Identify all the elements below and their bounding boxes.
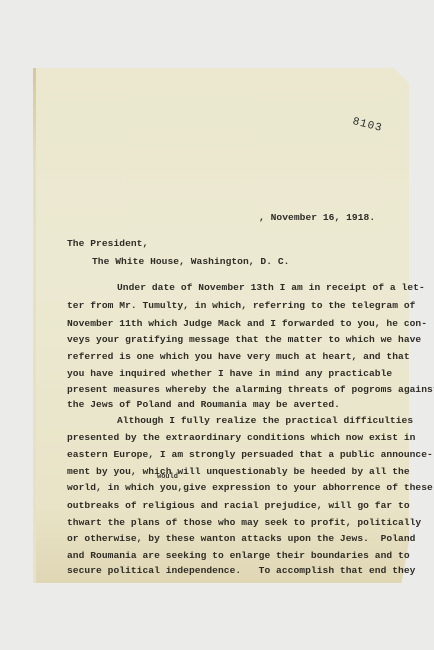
salutation: The President, [67,238,148,249]
body-line: referred is one which you have very much… [67,351,410,362]
body-line: present measures whereby the alarming th… [67,384,434,395]
body-line: outbreaks of religious and racial prejud… [67,500,410,511]
handwritten-insert: would [157,473,178,481]
body-line: you have inquired whether I have in mind… [67,368,392,379]
body-line: November 11th which Judge Mack and I for… [67,318,427,329]
body-line: ter from Mr. Tumulty, in which, referrin… [67,300,415,311]
body-line: presented by the extraordinary condition… [67,432,415,443]
body-line: eastern Europe, I am strongly persuaded … [67,449,433,460]
body-line: or otherwise, by these wanton attacks up… [67,533,415,544]
body-line: veys your gratifying message that the ma… [67,334,421,345]
body-line: world, in which you,give expression to y… [67,482,433,493]
body-line: thwart the plans of those who may seek t… [67,517,421,528]
body-line: and Roumania are seeking to enlarge thei… [67,550,410,561]
body-line: the Jews of Poland and Roumania may be a… [67,399,340,410]
date-line: , November 16, 1918. [259,212,375,223]
body-line: Under date of November 13th I am in rece… [117,282,425,293]
body-line: ment by you, which will unquestionably b… [67,466,410,477]
recipient-address: The White House, Washington, D. C. [92,256,289,267]
body-line: Although I fully realize the practical d… [117,415,413,426]
body-line: secure political independence. To accomp… [67,565,415,576]
